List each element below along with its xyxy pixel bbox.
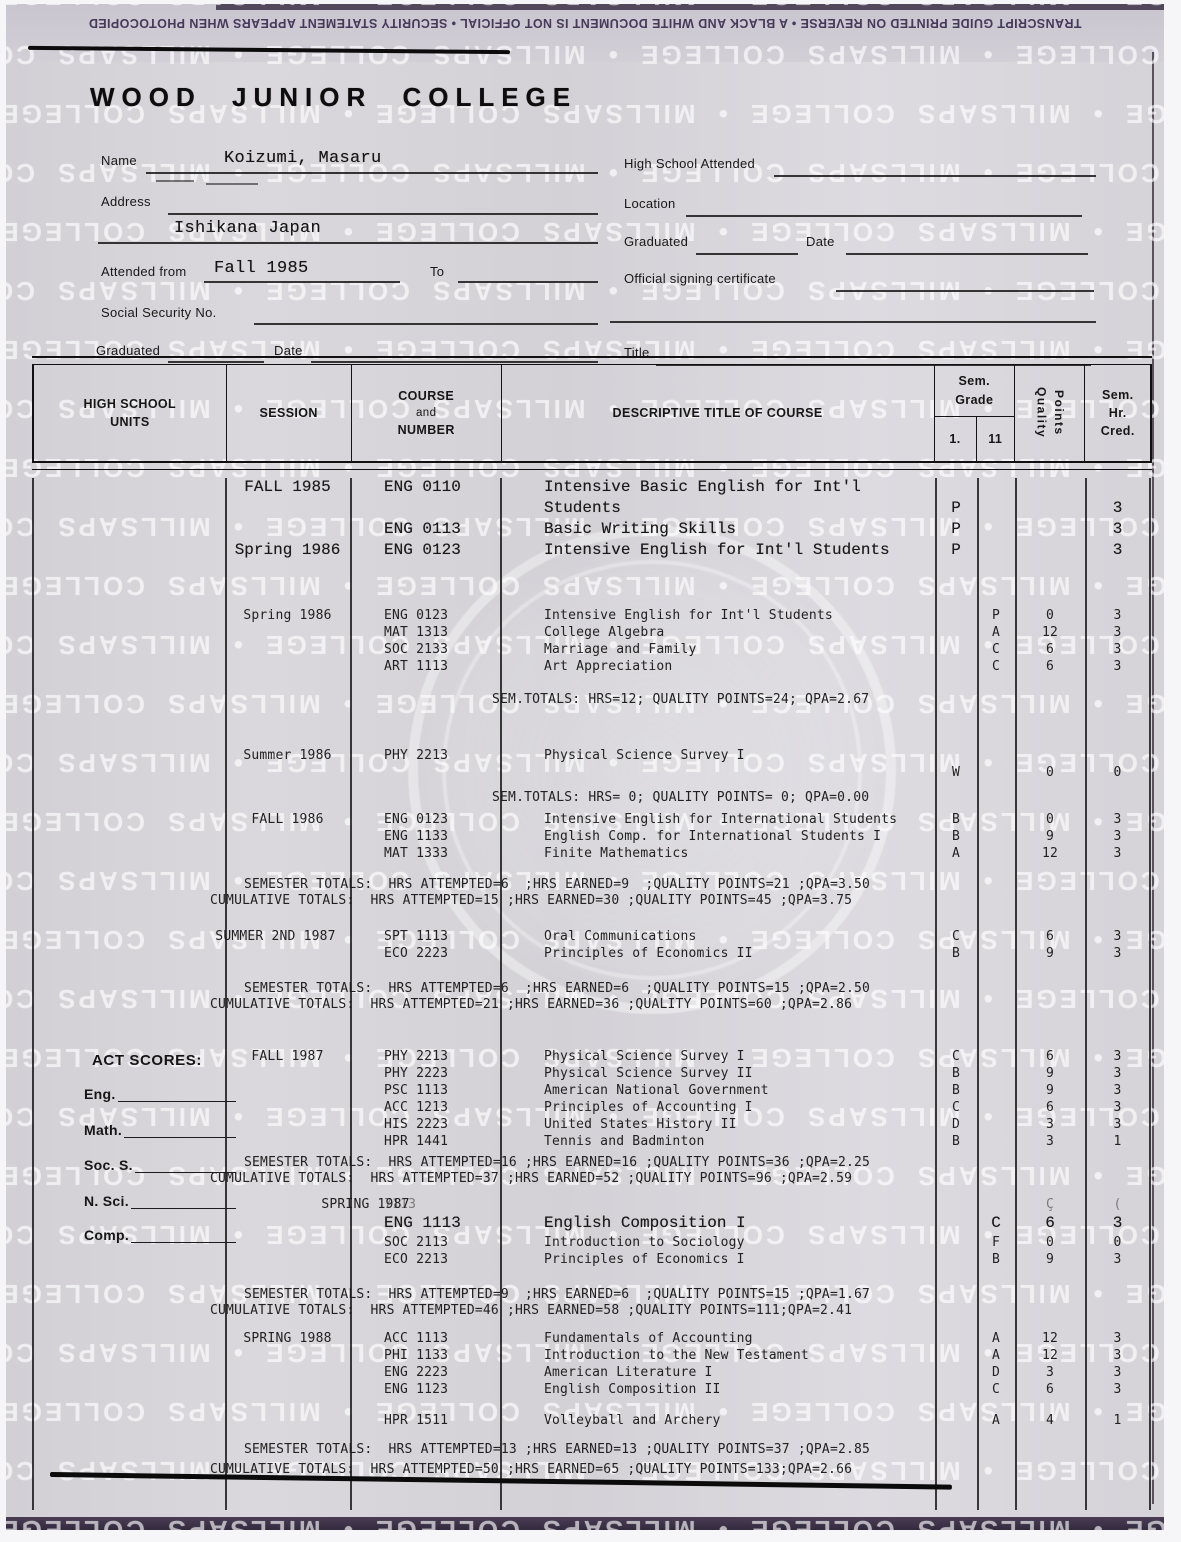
to-label: To	[430, 264, 444, 279]
header-text: Sem.	[1102, 386, 1133, 404]
act-score-label: Eng.	[84, 1086, 116, 1102]
cell-cr: 3	[1085, 812, 1150, 827]
transcript-row: SPRING 1988ACC 1113Fundamentals of Accou…	[32, 1331, 1152, 1348]
cell-g1: B	[935, 829, 977, 844]
transcript-row: ENG 1123English Composition IIC63	[32, 1382, 1152, 1399]
cell-course: ART 1113	[350, 659, 500, 674]
cell-course: ENG 0123	[350, 812, 500, 827]
cell-qp: 6	[1015, 642, 1085, 657]
cell-course: ENG 2223	[350, 1365, 500, 1380]
totals-text: CUMULATIVE TOTALS: HRS ATTEMPTED=15 ;HRS…	[210, 893, 852, 908]
transcript-row: CUMULATIVE TOTALS: HRS ATTEMPTED=46 ;HRS…	[32, 1303, 1152, 1319]
transcript-row: CUMULATIVE TOTALS: HRS ATTEMPTED=37 ;HRS…	[32, 1171, 1152, 1187]
cell-g2: C	[977, 642, 1015, 657]
transcript-row: PHI 1133Introduction to the New Testamen…	[32, 1348, 1152, 1365]
cell-g1: P	[935, 520, 977, 538]
ssn-label: Social Security No.	[101, 305, 217, 320]
totals-text: SEMESTER TOTALS: HRS ATTEMPTED=16 ;HRS E…	[244, 1155, 870, 1170]
totals-text: SEMESTER TOTALS: HRS ATTEMPTED=13 ;HRS E…	[244, 1442, 870, 1457]
act-scores-title: ACT SCORES:	[92, 1052, 242, 1069]
location-underline	[686, 215, 1082, 217]
header-text: Cred.	[1101, 422, 1135, 440]
graduated-right-label: Graduated	[624, 234, 688, 249]
cell-qp: 12	[1015, 1348, 1085, 1363]
cell-g1: B	[935, 946, 977, 961]
act-score-underline	[135, 1159, 236, 1173]
cell-cr: 3	[1085, 1100, 1150, 1115]
sem-grade-subcolumns: 1. 11	[935, 417, 1014, 461]
sem-grade-label: Sem. Grade	[935, 365, 1014, 417]
cell-course: ENG 0123	[350, 608, 500, 623]
cell-cr: 3	[1085, 659, 1150, 674]
cell-cr: (	[1085, 1197, 1150, 1212]
cell-g2: D	[977, 1365, 1015, 1380]
totals-text: SEM.TOTALS: HRS=12; QUALITY POINTS=24; Q…	[492, 692, 869, 707]
header-text: HIGH SCHOOL	[84, 395, 177, 413]
transcript-row: StudentsP3	[32, 499, 1152, 520]
cell-qp: 3	[1015, 1134, 1085, 1149]
cell-cr: 1	[1085, 1413, 1150, 1428]
cell-title: English Comp. for International Students…	[500, 829, 935, 844]
section-spring-1988: SPRING 1988ACC 1113Fundamentals of Accou…	[32, 1331, 1152, 1478]
cell-g1: D	[935, 1117, 977, 1132]
transcript-row	[32, 963, 1152, 981]
transcript-row: MAT 1313College AlgebraA123	[32, 625, 1152, 642]
attended-from-value: Fall 1985	[214, 259, 309, 278]
cell-qp: 0	[1015, 812, 1085, 827]
header-text: COURSE	[398, 387, 454, 405]
cell-course: 7113	[350, 1197, 500, 1212]
grade-col-ii: 11	[977, 417, 1014, 461]
transcript-row: ECO 2223Principles of Economics IIB93	[32, 946, 1152, 963]
cell-title: Volleyball and Archery	[500, 1413, 935, 1428]
ssn-underline	[254, 323, 598, 325]
cell-g2: A	[977, 1331, 1015, 1346]
transcript-row: ART 1113Art AppreciationC63	[32, 659, 1152, 676]
transcript-row: CUMULATIVE TOTALS: HRS ATTEMPTED=21 ;HRS…	[32, 997, 1152, 1013]
header-text: and	[416, 405, 436, 422]
cell-course: SOC 2133	[350, 642, 500, 657]
cell-course: ACC 1113	[350, 1331, 500, 1346]
transcript-row: ENG 1133English Comp. for International …	[32, 829, 1152, 846]
cell-cr: 3	[1085, 642, 1150, 657]
table-header: HIGH SCHOOL UNITS SESSION COURSE and NUM…	[32, 365, 1152, 461]
cell-course: PHY 2213	[350, 1049, 500, 1064]
cell-title: Intensive English for Int'l Students	[500, 608, 935, 623]
cell-g1: B	[935, 1134, 977, 1149]
cell-qp: 6	[1015, 1049, 1085, 1064]
header-high-school-units: HIGH SCHOOL UNITS	[34, 365, 227, 461]
address-underline-2	[98, 242, 598, 244]
cell-g2: C	[977, 659, 1015, 674]
cell-cr: 3	[1085, 829, 1150, 844]
cell-g1: C	[935, 1100, 977, 1115]
cell-title: Physical Science Survey I	[500, 1049, 935, 1064]
page-title: WOOD JUNIOR COLLEGE	[90, 82, 577, 113]
cell-course: ENG 1113	[350, 1214, 500, 1232]
cell-title: College Algebra	[500, 625, 935, 640]
totals-text: SEM.TOTALS: HRS= 0; QUALITY POINTS= 0; Q…	[492, 790, 869, 805]
table-top-border	[32, 356, 1152, 365]
cell-title: Physical Science Survey II	[500, 1066, 935, 1081]
totals-text: CUMULATIVE TOTALS: HRS ATTEMPTED=46 ;HRS…	[210, 1303, 852, 1318]
cell-g1: B	[935, 812, 977, 827]
cell-course: MAT 1333	[350, 846, 500, 861]
cell-g1: W	[935, 765, 977, 780]
cell-g1: P	[935, 541, 977, 559]
cell-cr: 3	[1085, 608, 1150, 623]
cell-qp: 9	[1015, 1083, 1085, 1098]
address-underline	[168, 213, 598, 215]
transcript-row	[32, 676, 1152, 692]
cell-g2: P	[977, 608, 1015, 623]
name-underline	[146, 172, 598, 174]
grade-col-i: 1.	[935, 417, 977, 461]
cell-title: Marriage and Family	[500, 642, 935, 657]
cell-g1: C	[935, 929, 977, 944]
header-text: SESSION	[259, 404, 317, 422]
transcript-row: Spring 1986ENG 0123Intensive English for…	[32, 608, 1152, 625]
act-score-row: Eng.	[84, 1086, 236, 1102]
official-label: Official signing certificate	[624, 271, 776, 286]
cell-course: ENG 0113	[350, 520, 500, 538]
header-text: UNITS	[110, 413, 150, 431]
act-score-label: Soc. S.	[84, 1157, 133, 1173]
cell-title: American Literature I	[500, 1365, 935, 1380]
cell-title: Tennis and Badminton	[500, 1134, 935, 1149]
date-right-underline	[846, 253, 1088, 255]
transcript-row: FALL 1986ENG 0123Intensive English for I…	[32, 812, 1152, 829]
date-right-label: Date	[806, 234, 835, 249]
act-score-row: Soc. S.	[84, 1157, 236, 1173]
cell-cr: 3	[1085, 541, 1150, 559]
pencil-mark	[206, 183, 258, 185]
transcript-table: HIGH SCHOOL UNITS SESSION COURSE and NUM…	[32, 356, 1152, 1514]
cell-qp: 9	[1015, 1066, 1085, 1081]
header-text: DESCRIPTIVE TITLE OF COURSE	[613, 404, 823, 422]
act-score-row: N. Sci.	[84, 1193, 236, 1209]
cell-title: Students	[500, 499, 935, 517]
cell-qp: 6	[1015, 1214, 1085, 1232]
cell-title: Physical Science Survey I	[500, 748, 935, 763]
cell-title: Principles of Accounting I	[500, 1100, 935, 1115]
transcript-row: MAT 1333Finite MathematicsA123	[32, 846, 1152, 863]
cell-session: SUMMER 2ND 1987	[213, 929, 338, 944]
header-session: SESSION	[227, 365, 352, 461]
scanned-sheet: MILLSAPS COLLEGE • MILLSAPS COLLEGE • MI…	[6, 4, 1164, 1530]
transcript-row: ENG 0113Basic Writing SkillsP3	[32, 520, 1152, 541]
name-label: Name	[101, 153, 137, 168]
cell-course: PHI 1133	[350, 1348, 500, 1363]
address-value: Ishikana Japan	[174, 219, 321, 238]
cell-course: ENG 1123	[350, 1382, 500, 1397]
totals-text: SEMESTER TOTALS: HRS ATTEMPTED=6 ;HRS EA…	[244, 981, 870, 996]
blank-underline	[610, 321, 1096, 323]
cell-g1: B	[935, 1066, 977, 1081]
cell-g2: A	[977, 1348, 1015, 1363]
cell-g2: C	[977, 1214, 1015, 1232]
act-score-underline	[124, 1124, 236, 1138]
transcript-page: MILLSAPS COLLEGE • MILLSAPS COLLEGE • MI…	[0, 0, 1181, 1542]
table-header-bottom-border	[32, 461, 1152, 470]
totals-text: SEMESTER TOTALS: HRS ATTEMPTED=6 ;HRS EA…	[244, 877, 870, 892]
cell-course: ENG 0110	[350, 478, 500, 496]
cell-qp: 0	[1015, 765, 1085, 780]
cell-title: Intensive English for Int'l Students	[500, 541, 935, 559]
address-label: Address	[101, 194, 151, 209]
header-text: Grade	[935, 391, 1014, 409]
name-value: Koizumi, Masaru	[224, 149, 382, 168]
pencil-mark	[156, 180, 194, 182]
section-summer-1986: Summer 1986PHY 2213Physical Science Surv…	[32, 748, 1152, 806]
cell-session: FALL 1987	[225, 1049, 350, 1064]
high-school-label: High School Attended	[624, 156, 755, 171]
transcript-row	[32, 782, 1152, 790]
transcript-row: Spring 1986ENG 0123Intensive English for…	[32, 541, 1152, 562]
cell-title: Introduction to Sociology	[500, 1235, 935, 1250]
transcript-row: ENG 2223American Literature ID33	[32, 1365, 1152, 1382]
attended-from-underline	[204, 281, 400, 283]
header-text: Quality Points	[1032, 365, 1067, 461]
cell-qp: 6	[1015, 929, 1085, 944]
location-label: Location	[624, 196, 676, 211]
transcript-row: SOC 2133Marriage and FamilyC63	[32, 642, 1152, 659]
cell-qp: 3	[1015, 1365, 1085, 1380]
cell-course: HPR 1441	[350, 1134, 500, 1149]
cell-cr: 3	[1085, 1117, 1150, 1132]
act-score-row: Math.	[84, 1122, 236, 1138]
cell-session: Spring 1986	[225, 541, 350, 559]
section-spring-1986: Spring 1986ENG 0123Intensive English for…	[32, 608, 1152, 708]
header-text: Hr.	[1109, 404, 1127, 422]
cell-title: Art Appreciation	[500, 659, 935, 674]
security-strip-text: TRANSCRIPT GUIDE PRINTED ON REVERSE • A …	[6, 16, 1164, 30]
cell-g1: A	[935, 846, 977, 861]
cell-qp: 9	[1015, 1252, 1085, 1267]
cell-qp: 6	[1015, 1100, 1085, 1115]
cell-cr: 3	[1085, 1382, 1150, 1397]
transcript-row: W00	[32, 765, 1152, 782]
transcript-row: Summer 1986PHY 2213Physical Science Surv…	[32, 748, 1152, 765]
cell-qp: 9	[1015, 829, 1085, 844]
cell-course: ECO 2223	[350, 946, 500, 961]
cell-course: SOC 2113	[350, 1235, 500, 1250]
scan-right-edge	[1152, 52, 1154, 1504]
cell-qp: 12	[1015, 625, 1085, 640]
header-sem-grade: Sem. Grade 1. 11	[935, 365, 1015, 461]
cell-title: Introduction to the New Testament	[500, 1348, 935, 1363]
act-score-underline	[118, 1088, 236, 1102]
header-text: 1.	[949, 430, 960, 448]
cell-session: Summer 1986	[225, 748, 350, 763]
cell-cr: 3	[1085, 1331, 1150, 1346]
cell-qp: 12	[1015, 846, 1085, 861]
attended-from-label: Attended from	[101, 264, 187, 279]
section-spring-1987: SPRING 19877113Ç(ENG 1113English Composi…	[32, 1197, 1152, 1319]
cell-course: PHY 2223	[350, 1066, 500, 1081]
cell-session: FALL 1986	[225, 812, 350, 827]
cell-title: Finite Mathematics	[500, 846, 935, 861]
cell-title: Intensive Basic English for Int'l	[500, 478, 935, 496]
transcript-row: SEMESTER TOTALS: HRS ATTEMPTED=6 ;HRS EA…	[32, 981, 1152, 997]
header-descriptive-title: DESCRIPTIVE TITLE OF COURSE	[502, 365, 935, 461]
transcript-row: SEMESTER TOTALS: HRS ATTEMPTED=6 ;HRS EA…	[32, 877, 1152, 893]
transcript-body: FALL 1985ENG 0110Intensive Basic English…	[32, 478, 1152, 1514]
top-band	[6, 4, 1164, 62]
transcript-row	[32, 863, 1152, 877]
cell-cr: 3	[1085, 946, 1150, 961]
act-score-underline	[131, 1229, 236, 1243]
transcript-row: SEMESTER TOTALS: HRS ATTEMPTED=13 ;HRS E…	[32, 1442, 1152, 1458]
transcript-row	[32, 1269, 1152, 1287]
cell-course: HPR 1511	[350, 1413, 500, 1428]
to-underline	[458, 281, 598, 283]
cell-qp: 0	[1015, 608, 1085, 623]
totals-text: CUMULATIVE TOTALS: HRS ATTEMPTED=37 ;HRS…	[210, 1171, 852, 1186]
cell-title: English Composition II	[500, 1382, 935, 1397]
cell-qp: 6	[1015, 659, 1085, 674]
cell-cr: 3	[1085, 1083, 1150, 1098]
transcript-row: SUMMER 2ND 1987SPT 1113Oral Communicatio…	[32, 929, 1152, 946]
cell-session: SPRING 1988	[225, 1331, 350, 1346]
act-score-label: Math.	[84, 1122, 122, 1138]
transcript-row: SEMESTER TOTALS: HRS ATTEMPTED=9 ;HRS EA…	[32, 1287, 1152, 1303]
cell-course: ACC 1213	[350, 1100, 500, 1115]
cell-cr: 3	[1085, 625, 1150, 640]
header-quality-points: Quality Points	[1015, 365, 1086, 461]
cell-title: Fundamentals of Accounting	[500, 1331, 935, 1346]
cell-cr: 0	[1085, 765, 1150, 780]
cell-qp: 0	[1015, 1235, 1085, 1250]
section-fall-1986: FALL 1986ENG 0123Intensive English for I…	[32, 812, 1152, 909]
cell-qp: 3	[1015, 1117, 1085, 1132]
cell-g1: C	[935, 1049, 977, 1064]
cell-cr: 3	[1085, 1348, 1150, 1363]
cell-cr: 3	[1085, 520, 1150, 538]
cell-qp: 6	[1015, 1382, 1085, 1397]
high-school-underline	[774, 175, 1096, 177]
cell-course: ECO 2213	[350, 1252, 500, 1267]
cell-cr: 3	[1085, 499, 1150, 517]
cell-g2: A	[977, 1413, 1015, 1428]
cell-qp: 9	[1015, 946, 1085, 961]
header-course-number: COURSE and NUMBER	[352, 365, 502, 461]
scan-top-edge	[216, 4, 1164, 10]
cell-title: Intensive English for International Stud…	[500, 812, 935, 827]
transcript-row: ECO 2213Principles of Economics IB93	[32, 1252, 1152, 1269]
cell-g2: B	[977, 1252, 1015, 1267]
transcript-row: CUMULATIVE TOTALS: HRS ATTEMPTED=15 ;HRS…	[32, 893, 1152, 909]
act-score-underline	[131, 1195, 236, 1209]
cell-cr: 3	[1085, 1365, 1150, 1380]
cell-course: SPT 1113	[350, 929, 500, 944]
cell-cr: 3	[1085, 846, 1150, 861]
cell-cr: 3	[1085, 1252, 1150, 1267]
cell-cr: 0	[1085, 1235, 1150, 1250]
scan-bottom-edge	[6, 1517, 1164, 1530]
cell-g1: P	[935, 499, 977, 517]
transcript-row: ACC 1213Principles of Accounting IC63	[32, 1100, 1152, 1117]
cell-title: United States History II	[500, 1117, 935, 1132]
cell-cr: 3	[1085, 1214, 1150, 1232]
header-text: NUMBER	[398, 421, 455, 439]
section-summer-2nd-1987: SUMMER 2ND 1987SPT 1113Oral Communicatio…	[32, 929, 1152, 1013]
cell-title: Principles of Economics II	[500, 946, 935, 961]
cell-cr: 1	[1085, 1134, 1150, 1149]
cell-qp: 4	[1015, 1413, 1085, 1428]
cell-g2: C	[977, 1382, 1015, 1397]
cell-title: Oral Communications	[500, 929, 935, 944]
cell-title: Principles of Economics I	[500, 1252, 935, 1267]
cell-g2: A	[977, 625, 1015, 640]
totals-text: SEMESTER TOTALS: HRS ATTEMPTED=9 ;HRS EA…	[244, 1287, 870, 1302]
cell-course: ENG 0123	[350, 541, 500, 559]
cell-cr: 3	[1085, 1049, 1150, 1064]
cell-title: Basic Writing Skills	[500, 520, 935, 538]
transcript-row	[32, 1399, 1152, 1413]
official-underline	[836, 290, 1094, 292]
cell-g2: F	[977, 1235, 1015, 1250]
totals-text: CUMULATIVE TOTALS: HRS ATTEMPTED=21 ;HRS…	[210, 997, 852, 1012]
cell-course: HIS 2223	[350, 1117, 500, 1132]
header-text: 11	[988, 430, 1002, 448]
cell-session: Spring 1986	[225, 608, 350, 623]
cell-course: ENG 1133	[350, 829, 500, 844]
transcript-row	[32, 1430, 1152, 1442]
graduated-right-underline	[696, 253, 798, 255]
transcript-row: SEM.TOTALS: HRS=12; QUALITY POINTS=24; Q…	[32, 692, 1152, 708]
cell-cr: 3	[1085, 929, 1150, 944]
section-fall-1985: FALL 1985ENG 0110Intensive Basic English…	[32, 478, 1152, 562]
cell-qp: Ç	[1015, 1197, 1085, 1212]
cell-course: PHY 2213	[350, 748, 500, 763]
act-score-row: Comp.	[84, 1227, 236, 1243]
cell-session: FALL 1985	[225, 478, 350, 496]
header-text: Sem.	[935, 372, 1014, 390]
cell-qp: 12	[1015, 1331, 1085, 1346]
act-score-label: N. Sci.	[84, 1193, 129, 1209]
cell-course: MAT 1313	[350, 625, 500, 640]
transcript-row: SEM.TOTALS: HRS= 0; QUALITY POINTS= 0; Q…	[32, 790, 1152, 806]
transcript-row: FALL 1985ENG 0110Intensive Basic English…	[32, 478, 1152, 499]
cell-g1: B	[935, 1083, 977, 1098]
cell-cr: 3	[1085, 1066, 1150, 1081]
cell-title: American National Government	[500, 1083, 935, 1098]
cell-title: English Composition I	[500, 1214, 935, 1232]
act-scores-block: ACT SCORES: Eng. Math. Soc. S. N. Sci. C…	[82, 1052, 242, 1069]
act-score-label: Comp.	[84, 1227, 129, 1243]
transcript-row: HPR 1511Volleyball and ArcheryA41	[32, 1413, 1152, 1430]
cell-course: PSC 1113	[350, 1083, 500, 1098]
header-sem-hr-cred: Sem. Hr. Cred.	[1085, 365, 1150, 461]
